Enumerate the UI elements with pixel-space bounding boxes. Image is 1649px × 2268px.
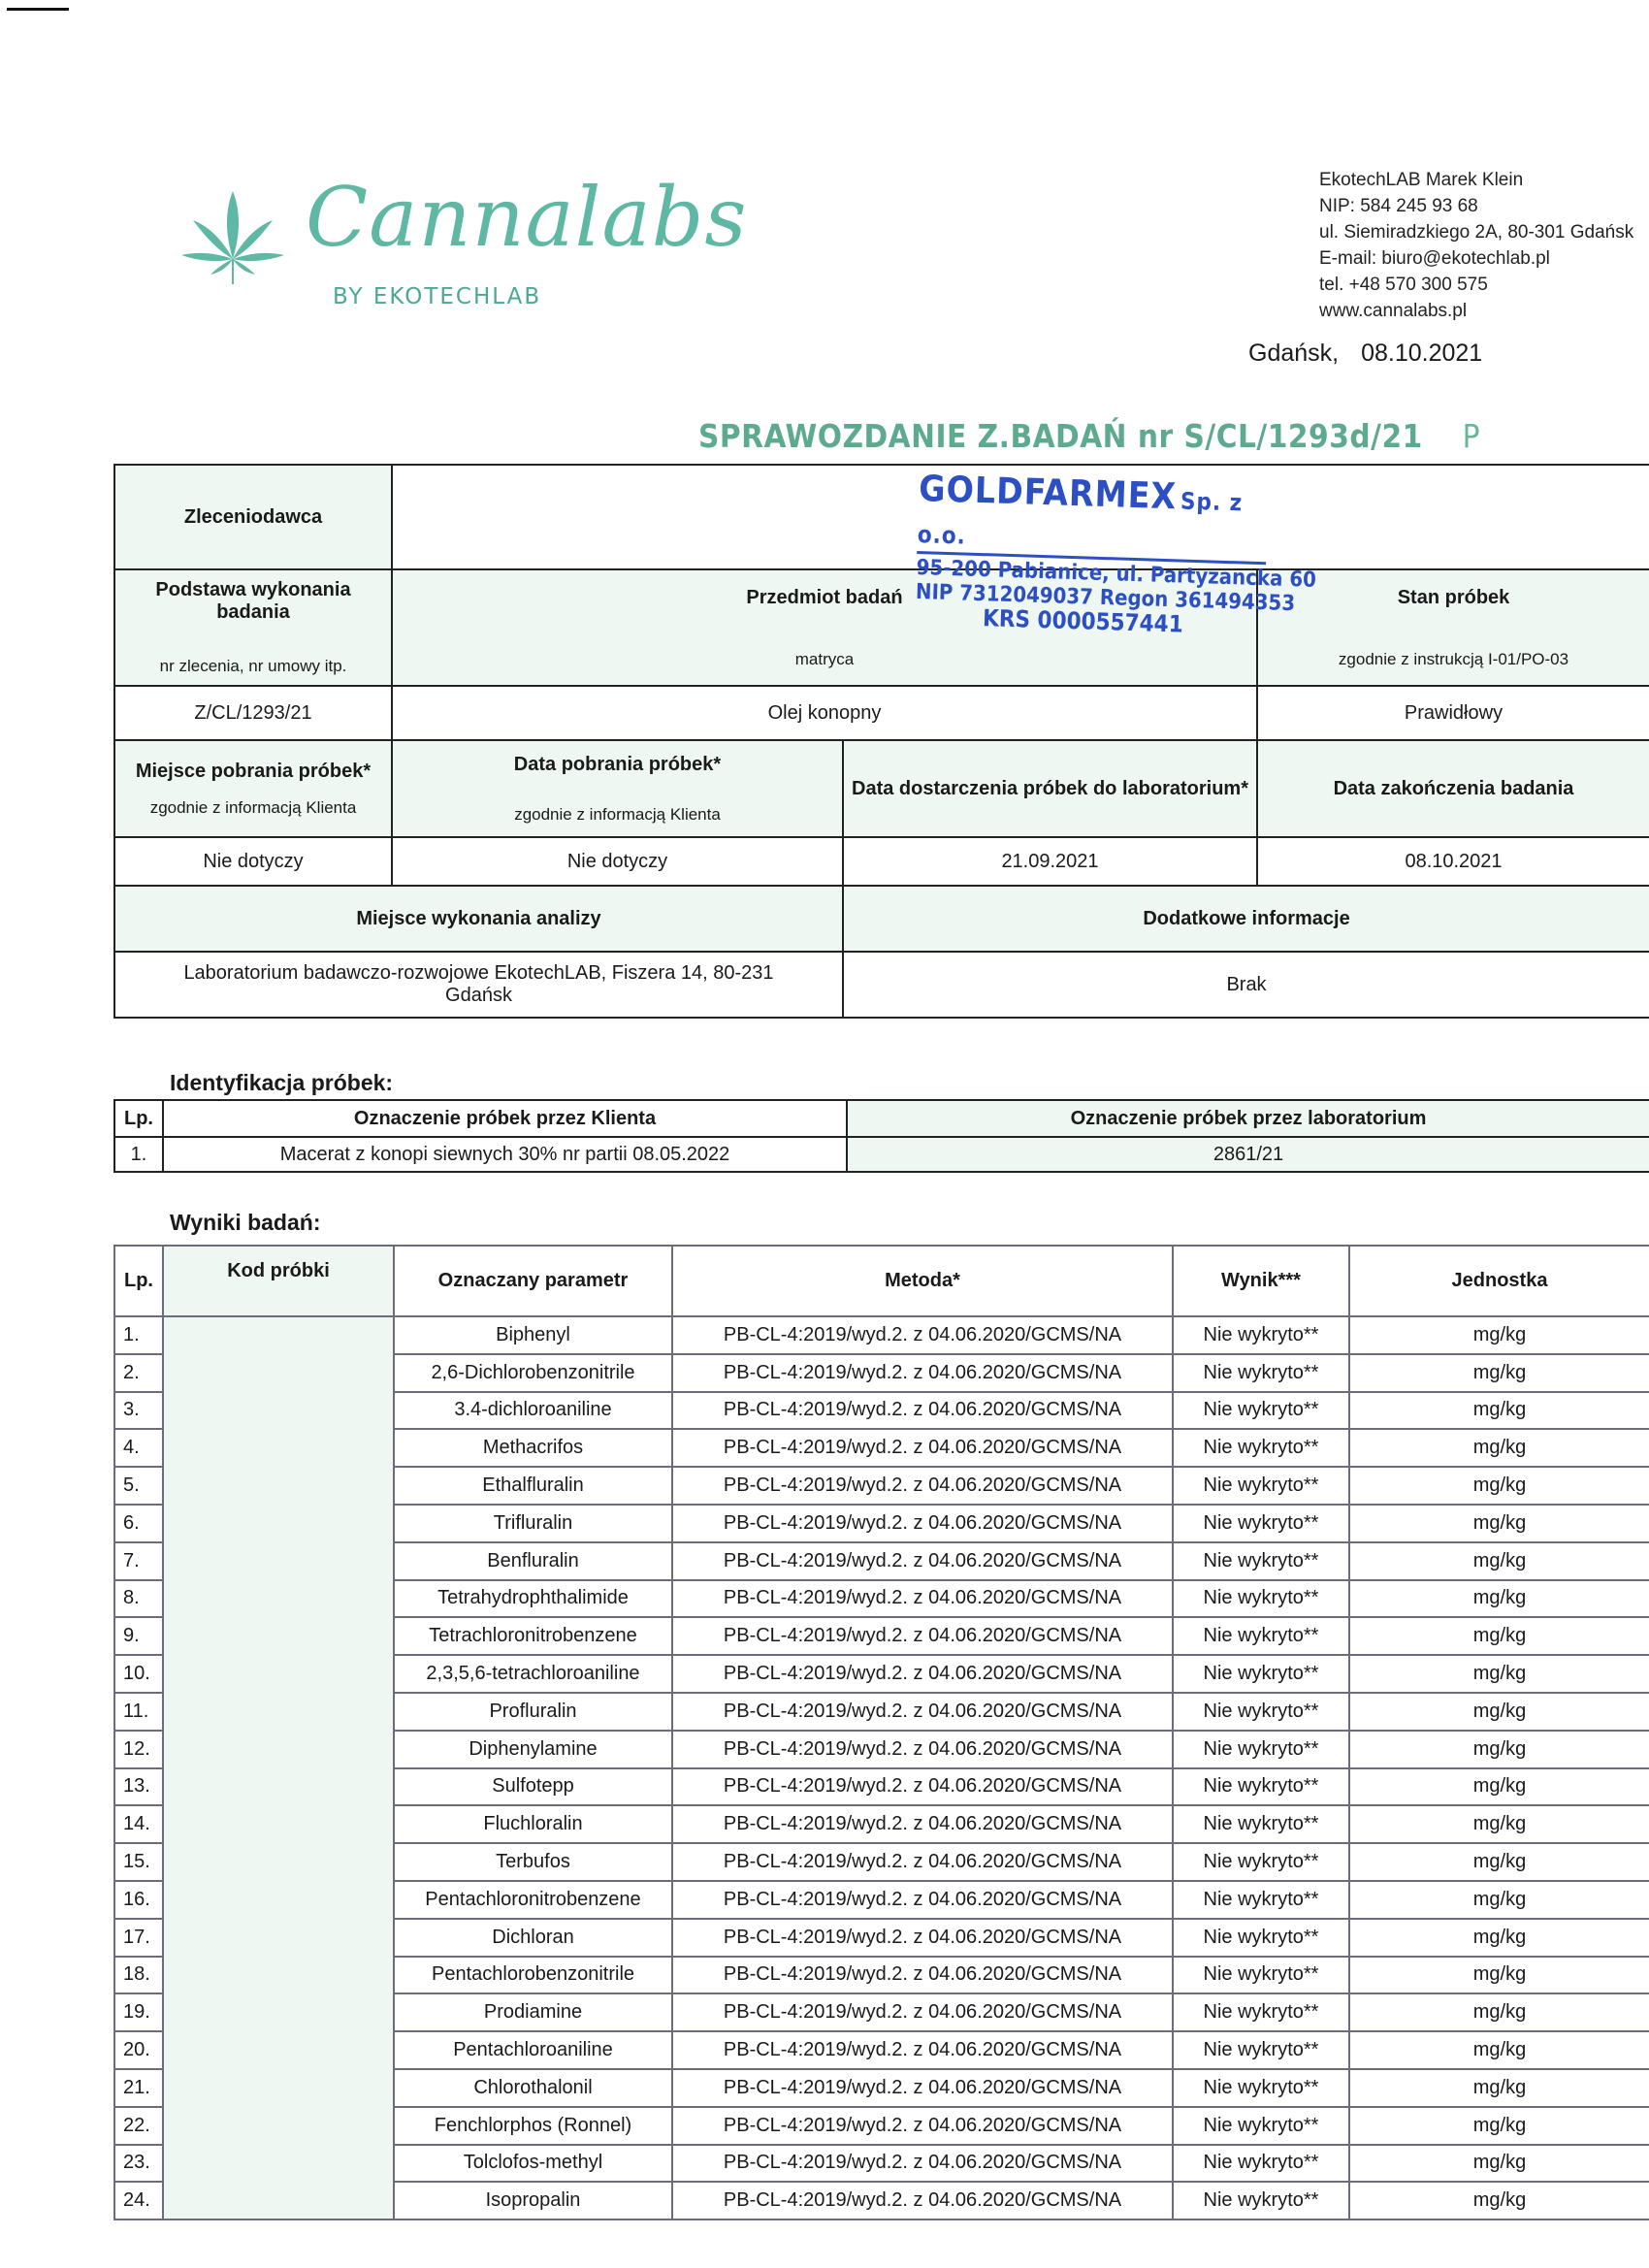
ident-lab-mark: 2861/21 (847, 1137, 1649, 1172)
ident-client-mark: Macerat z konopi siewnych 30% nr partii … (163, 1137, 847, 1172)
results-table: Lp. Kod próbki Oznaczany parametr Metoda… (113, 1245, 1649, 2220)
company-name: EkotechLAB Marek Klein (1319, 167, 1633, 193)
row-method: PB-CL-4:2019/wyd.2. z 04.06.2020/GCMS/NA (672, 2182, 1173, 2219)
order-info-table: Zleceniodawca Podstawa wykonania badania… (113, 464, 1649, 1019)
row-result: Nie wykryto** (1173, 1843, 1349, 1881)
row-lp: 24. (114, 2182, 163, 2219)
row-parameter: Dichloran (394, 1919, 672, 1957)
row-unit: mg/kg (1349, 1881, 1649, 1919)
row-lp: 22. (114, 2107, 163, 2145)
row-result: Nie wykryto** (1173, 1655, 1349, 1693)
row-method: PB-CL-4:2019/wyd.2. z 04.06.2020/GCMS/NA (672, 1580, 1173, 1618)
row-unit: mg/kg (1349, 2107, 1649, 2145)
row-unit: mg/kg (1349, 1993, 1649, 2031)
state-label: Stan próbek (1264, 587, 1643, 609)
company-nip: NIP: 584 245 93 68 (1319, 193, 1633, 219)
company-email: E-mail: biuro@ekotechlab.pl (1319, 245, 1633, 272)
company-website: www.cannalabs.pl (1319, 298, 1633, 324)
row-unit: mg/kg (1349, 1392, 1649, 1430)
row-parameter: Methacrifos (394, 1429, 672, 1467)
place-date: Gdańsk, 08.10.2021 (1248, 340, 1482, 368)
sampling-date-value: Nie dotyczy (392, 837, 843, 886)
row-parameter: Tetrachloronitrobenzene (394, 1617, 672, 1655)
row-lp: 16. (114, 1881, 163, 1919)
report-title-text: SPRAWOZDANIE Z.BADAŃ nr S/CL/1293d/21 (698, 417, 1423, 455)
row-result: Nie wykryto** (1173, 1316, 1349, 1354)
state-header-cell: Stan próbek zgodnie z instrukcją I-01/PO… (1257, 569, 1649, 686)
sampling-date-label: Data pobrania próbek* (399, 754, 836, 776)
row-lp: 14. (114, 1805, 163, 1843)
row-result: Nie wykryto** (1173, 1392, 1349, 1430)
row-parameter: Terbufos (394, 1843, 672, 1881)
row-unit: mg/kg (1349, 1805, 1649, 1843)
stamp-company: GOLDFARMEXSp. z o.o. (917, 468, 1288, 563)
results-header-method: Metoda* (672, 1246, 1173, 1316)
row-unit: mg/kg (1349, 1354, 1649, 1392)
sampling-date-header-cell: Data pobrania próbek* zgodnie z informac… (392, 740, 843, 837)
sampling-place-header-cell: Miejsce pobrania próbek* zgodnie z infor… (114, 740, 392, 837)
company-address-block: EkotechLAB Marek Klein NIP: 584 245 93 6… (1319, 167, 1633, 324)
row-result: Nie wykryto** (1173, 1580, 1349, 1618)
row-result: Nie wykryto** (1173, 1993, 1349, 2031)
row-method: PB-CL-4:2019/wyd.2. z 04.06.2020/GCMS/NA (672, 1957, 1173, 1994)
basis-note: nr zlecenia, nr umowy itp. (121, 657, 385, 676)
row-result: Nie wykryto** (1173, 1617, 1349, 1655)
row-result: Nie wykryto** (1173, 1805, 1349, 1843)
sampling-place-value: Nie dotyczy (114, 837, 392, 886)
row-parameter: Prodiamine (394, 1993, 672, 2031)
sample-identification-table: Lp. Oznaczenie próbek przez Klienta Ozna… (113, 1099, 1649, 1173)
ident-header-client-mark: Oznaczenie próbek przez Klienta (163, 1100, 847, 1137)
row-result: Nie wykryto** (1173, 1731, 1349, 1768)
row-unit: mg/kg (1349, 1768, 1649, 1806)
row-parameter: Chlorothalonil (394, 2069, 672, 2107)
row-parameter: Biphenyl (394, 1316, 672, 1354)
row-unit: mg/kg (1349, 1655, 1649, 1693)
row-unit: mg/kg (1349, 1693, 1649, 1731)
row-unit: mg/kg (1349, 2031, 1649, 2069)
row-unit: mg/kg (1349, 2182, 1649, 2219)
row-unit: mg/kg (1349, 1617, 1649, 1655)
cannabis-leaf-icon (179, 189, 286, 286)
report-title-suffix: P (1463, 417, 1480, 455)
company-street: ul. Siemiradzkiego 2A, 80-301 Gdańsk (1319, 219, 1633, 245)
row-parameter: Pentachloroaniline (394, 2031, 672, 2069)
row-method: PB-CL-4:2019/wyd.2. z 04.06.2020/GCMS/NA (672, 1542, 1173, 1580)
row-result: Nie wykryto** (1173, 2069, 1349, 2107)
row-parameter: Fluchloralin (394, 1805, 672, 1843)
row-method: PB-CL-4:2019/wyd.2. z 04.06.2020/GCMS/NA (672, 1316, 1173, 1354)
row-lp: 18. (114, 1957, 163, 1994)
state-value: Prawidłowy (1257, 686, 1649, 740)
row-lp: 13. (114, 1768, 163, 1806)
cannalabs-logo: Cannalabs BY EKOTECHLAB (179, 170, 597, 315)
row-method: PB-CL-4:2019/wyd.2. z 04.06.2020/GCMS/NA (672, 1505, 1173, 1542)
row-method: PB-CL-4:2019/wyd.2. z 04.06.2020/GCMS/NA (672, 2145, 1173, 2183)
row-parameter: Sulfotepp (394, 1768, 672, 1806)
row-lp: 10. (114, 1655, 163, 1693)
table-row: 1.BiphenylPB-CL-4:2019/wyd.2. z 04.06.20… (114, 1316, 1649, 1354)
row-parameter: Benfluralin (394, 1542, 672, 1580)
logo-script-text: Cannalabs (306, 170, 747, 265)
row-parameter: Diphenylamine (394, 1731, 672, 1768)
row-parameter: Ethalfluralin (394, 1467, 672, 1505)
delivery-date-label: Data dostarczenia próbek do laboratorium… (843, 740, 1257, 837)
sampling-place-note: zgodnie z informacją Klienta (121, 798, 385, 818)
row-method: PB-CL-4:2019/wyd.2. z 04.06.2020/GCMS/NA (672, 1693, 1173, 1731)
row-lp: 4. (114, 1429, 163, 1467)
row-parameter: Tetrahydrophthalimide (394, 1580, 672, 1618)
row-unit: mg/kg (1349, 1843, 1649, 1881)
company-phone: tel. +48 570 300 575 (1319, 272, 1633, 298)
row-lp: 1. (114, 1316, 163, 1354)
results-heading: Wyniki badań: (170, 1210, 321, 1236)
row-result: Nie wykryto** (1173, 1957, 1349, 1994)
row-result: Nie wykryto** (1173, 2031, 1349, 2069)
row-method: PB-CL-4:2019/wyd.2. z 04.06.2020/GCMS/NA (672, 1919, 1173, 1957)
results-header-lp: Lp. (114, 1246, 163, 1316)
row-lp: 17. (114, 1919, 163, 1957)
row-lp: 8. (114, 1580, 163, 1618)
row-method: PB-CL-4:2019/wyd.2. z 04.06.2020/GCMS/NA (672, 2069, 1173, 2107)
row-unit: mg/kg (1349, 1542, 1649, 1580)
row-lp: 3. (114, 1392, 163, 1430)
row-result: Nie wykryto** (1173, 1919, 1349, 1957)
sampling-date-note: zgodnie z informacją Klienta (399, 805, 836, 825)
row-parameter: Tolclofos-methyl (394, 2145, 672, 2183)
basis-header-cell: Podstawa wykonania badania nr zlecenia, … (114, 569, 392, 686)
row-lp: 15. (114, 1843, 163, 1881)
results-header-result: Wynik*** (1173, 1246, 1349, 1316)
additional-info-value: Brak (843, 952, 1649, 1018)
row-parameter: Fenchlorphos (Ronnel) (394, 2107, 672, 2145)
row-lp: 11. (114, 1693, 163, 1731)
row-lp: 2. (114, 1354, 163, 1392)
row-lp: 21. (114, 2069, 163, 2107)
row-lp: 7. (114, 1542, 163, 1580)
row-method: PB-CL-4:2019/wyd.2. z 04.06.2020/GCMS/NA (672, 1881, 1173, 1919)
row-method: PB-CL-4:2019/wyd.2. z 04.06.2020/GCMS/NA (672, 1993, 1173, 2031)
state-note: zgodnie z instrukcją I-01/PO-03 (1264, 650, 1643, 669)
subject-note: matryca (399, 650, 1250, 669)
client-label: Zleceniodawca (114, 465, 392, 569)
row-method: PB-CL-4:2019/wyd.2. z 04.06.2020/GCMS/NA (672, 1731, 1173, 1768)
scan-corner-mark (7, 8, 69, 11)
row-result: Nie wykryto** (1173, 2182, 1349, 2219)
row-parameter: Trifluralin (394, 1505, 672, 1542)
row-method: PB-CL-4:2019/wyd.2. z 04.06.2020/GCMS/NA (672, 1392, 1173, 1430)
row-method: PB-CL-4:2019/wyd.2. z 04.06.2020/GCMS/NA (672, 1467, 1173, 1505)
results-header-code: Kod próbki (163, 1246, 394, 1316)
row-lp: 19. (114, 1993, 163, 2031)
row-method: PB-CL-4:2019/wyd.2. z 04.06.2020/GCMS/NA (672, 1768, 1173, 1806)
identification-heading: Identyfikacja próbek: (170, 1070, 393, 1096)
analysis-place-value: Laboratorium badawczo-rozwojowe EkotechL… (114, 952, 843, 1018)
table-row: 1. Macerat z konopi siewnych 30% nr part… (114, 1137, 1649, 1172)
row-result: Nie wykryto** (1173, 2145, 1349, 2183)
row-lp: 5. (114, 1467, 163, 1505)
subject-value: Olej konopny (392, 686, 1257, 740)
row-method: PB-CL-4:2019/wyd.2. z 04.06.2020/GCMS/NA (672, 2031, 1173, 2069)
delivery-date-value: 21.09.2021 (843, 837, 1257, 886)
row-lp: 6. (114, 1505, 163, 1542)
row-unit: mg/kg (1349, 1957, 1649, 1994)
row-result: Nie wykryto** (1173, 1354, 1349, 1392)
ident-header-lab-mark: Oznaczenie próbek przez laboratorium (847, 1100, 1649, 1137)
row-unit: mg/kg (1349, 1467, 1649, 1505)
logo-subtitle: BY EKOTECHLAB (333, 284, 541, 309)
row-result: Nie wykryto** (1173, 1693, 1349, 1731)
row-parameter: 2,6-Dichlorobenzonitrile (394, 1354, 672, 1392)
ident-lp: 1. (114, 1137, 163, 1172)
row-parameter: Pentachlorobenzonitrile (394, 1957, 672, 1994)
row-method: PB-CL-4:2019/wyd.2. z 04.06.2020/GCMS/NA (672, 1429, 1173, 1467)
row-lp: 23. (114, 2145, 163, 2183)
row-method: PB-CL-4:2019/wyd.2. z 04.06.2020/GCMS/NA (672, 1655, 1173, 1693)
row-result: Nie wykryto** (1173, 1881, 1349, 1919)
row-result: Nie wykryto** (1173, 1768, 1349, 1806)
row-lp: 20. (114, 2031, 163, 2069)
row-method: PB-CL-4:2019/wyd.2. z 04.06.2020/GCMS/NA (672, 1805, 1173, 1843)
row-parameter: 3.4-dichloroaniline (394, 1392, 672, 1430)
row-parameter: Profluralin (394, 1693, 672, 1731)
analysis-place-label: Miejsce wykonania analizy (114, 886, 843, 952)
results-header-parameter: Oznaczany parametr (394, 1246, 672, 1316)
row-method: PB-CL-4:2019/wyd.2. z 04.06.2020/GCMS/NA (672, 2107, 1173, 2145)
row-unit: mg/kg (1349, 1429, 1649, 1467)
end-date-label: Data zakończenia badania (1257, 740, 1649, 837)
row-parameter: Pentachloronitrobenzene (394, 1881, 672, 1919)
row-method: PB-CL-4:2019/wyd.2. z 04.06.2020/GCMS/NA (672, 1617, 1173, 1655)
row-lp: 9. (114, 1617, 163, 1655)
row-method: PB-CL-4:2019/wyd.2. z 04.06.2020/GCMS/NA (672, 1354, 1173, 1392)
ident-header-lp: Lp. (114, 1100, 163, 1137)
row-unit: mg/kg (1349, 1919, 1649, 1957)
row-lp: 12. (114, 1731, 163, 1768)
place: Gdańsk, (1248, 340, 1339, 367)
sampling-place-label: Miejsce pobrania próbek* (121, 761, 385, 783)
row-result: Nie wykryto** (1173, 1429, 1349, 1467)
row-parameter: Isopropalin (394, 2182, 672, 2219)
basis-label: Podstawa wykonania badania (121, 579, 385, 624)
row-unit: mg/kg (1349, 1580, 1649, 1618)
row-result: Nie wykryto** (1173, 1542, 1349, 1580)
basis-value: Z/CL/1293/21 (114, 686, 392, 740)
results-header-unit: Jednostka (1349, 1246, 1649, 1316)
row-unit: mg/kg (1349, 1731, 1649, 1768)
row-unit: mg/kg (1349, 2069, 1649, 2107)
additional-info-label: Dodatkowe informacje (843, 886, 1649, 952)
row-result: Nie wykryto** (1173, 1467, 1349, 1505)
end-date-value: 08.10.2021 (1257, 837, 1649, 886)
row-result: Nie wykryto** (1173, 2107, 1349, 2145)
client-stamp: GOLDFARMEXSp. z o.o. 95-200 Pabianice, u… (915, 468, 1288, 640)
row-unit: mg/kg (1349, 1316, 1649, 1354)
row-parameter: 2,3,5,6-tetrachloroaniline (394, 1655, 672, 1693)
sample-code-cell (163, 1316, 394, 2219)
row-unit: mg/kg (1349, 2145, 1649, 2183)
row-result: Nie wykryto** (1173, 1505, 1349, 1542)
row-unit: mg/kg (1349, 1505, 1649, 1542)
row-method: PB-CL-4:2019/wyd.2. z 04.06.2020/GCMS/NA (672, 1843, 1173, 1881)
date: 08.10.2021 (1361, 340, 1482, 367)
report-title: SPRAWOZDANIE Z.BADAŃ nr S/CL/1293d/21 P (698, 417, 1480, 455)
